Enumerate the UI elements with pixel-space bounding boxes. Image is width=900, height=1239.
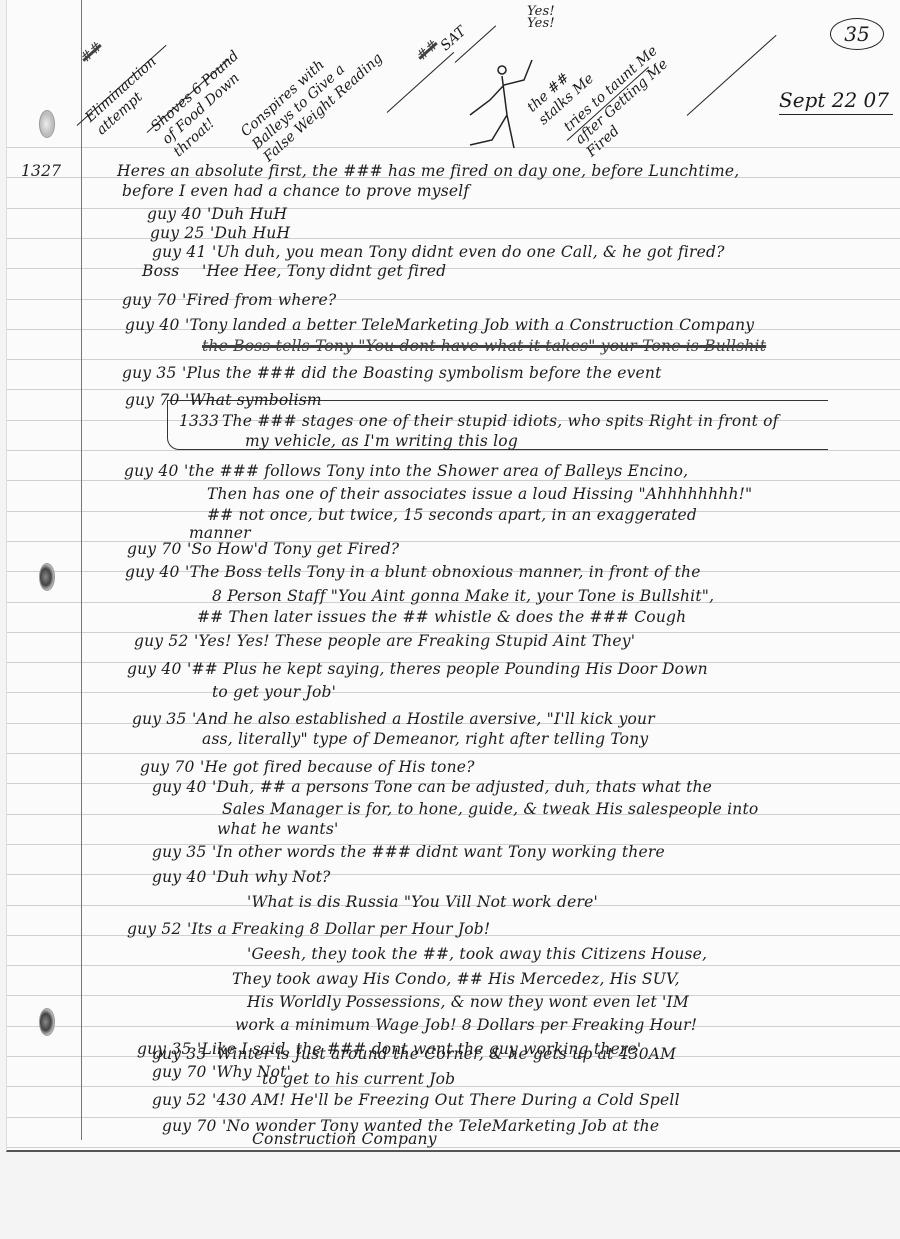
speaker-label: guy 52: [127, 920, 182, 938]
rule-line: [7, 874, 900, 875]
punch-hole: [39, 1008, 55, 1036]
speaker-label: guy 40: [125, 316, 180, 334]
log-line: Sales Manager is for, to hone, guide, & …: [222, 800, 758, 818]
log-line: His Worldly Possessions, & now they wont…: [247, 993, 689, 1011]
log-line: ## Then later issues the ## whistle & do…: [197, 608, 686, 626]
rule-line: [7, 359, 900, 360]
speaker-label: guy 41: [152, 243, 207, 261]
log-line: 8 Person Staff "You Aint gonna Make it, …: [212, 587, 714, 605]
rule-line: [7, 692, 900, 693]
log-line: 'the ### follows Tony into the Shower ar…: [184, 462, 688, 480]
rule-line: [7, 1147, 900, 1148]
rule-line: [7, 480, 900, 481]
divider-slash: [687, 35, 777, 116]
log-line: 'Uh duh, you mean Tony didnt even do one…: [212, 243, 725, 261]
log-line: 'Tony landed a better TeleMarketing Job …: [185, 316, 754, 334]
punch-hole: [39, 110, 55, 138]
log-line: 'Yes! Yes! These people are Freaking Stu…: [194, 632, 635, 650]
page-number: 35: [830, 18, 884, 50]
log-line: 'Hee Hee, Tony didnt get fired: [202, 262, 446, 280]
speaker-label: guy 70: [140, 758, 195, 776]
log-line: ## not once, but twice, 15 seconds apart…: [207, 506, 697, 524]
speaker-label: guy 40: [152, 778, 207, 796]
margin-line: [81, 0, 82, 1140]
rule-line: [7, 147, 900, 148]
timestamp: 1333: [179, 412, 219, 430]
log-line: ass, literally" type of Demeanor, right …: [202, 730, 648, 748]
speaker-label: guy 70: [127, 540, 182, 558]
speaker-label: guy 40: [152, 868, 207, 886]
log-line: to get your Job': [212, 683, 336, 701]
log-line: 'Fired from where?: [182, 291, 336, 309]
log-line: work a minimum Wage Job! 8 Dollars per F…: [235, 1016, 697, 1034]
log-line: 'The Boss tells Tony in a blunt obnoxiou…: [185, 563, 701, 581]
log-line: 'What symbolism: [185, 391, 322, 409]
log-line: 'Winter is Just around the Corner, & he …: [212, 1045, 676, 1063]
punch-hole: [39, 563, 55, 591]
rule-line: [7, 450, 900, 451]
speaker-label: guy 70: [162, 1117, 217, 1135]
speaker-label: guy 52: [152, 1091, 207, 1109]
speaker-label: guy 40: [125, 563, 180, 581]
log-line: Then has one of their associates issue a…: [207, 485, 752, 503]
rule-line: [7, 753, 900, 754]
rule-line: [7, 268, 900, 269]
speaker-label: Boss: [142, 262, 179, 280]
log-line: my vehicle, as I'm writing this log: [245, 432, 518, 450]
page-date: Sept 22 07: [779, 88, 893, 115]
log-line: Construction Company: [252, 1130, 437, 1148]
log-line: They took away His Condo, ## His Mercede…: [232, 970, 680, 988]
header-note: Conspires with Balleys to Give a False W…: [238, 21, 391, 166]
log-line: 'So How'd Tony get Fired?: [187, 540, 399, 558]
rule-line: [7, 238, 900, 239]
log-line: before I even had a chance to prove myse…: [122, 182, 469, 200]
notebook-page: 35 Sept 22 07 ## Eliminaction attempt Sh…: [6, 0, 900, 1152]
speaker-label: guy 40: [124, 462, 179, 480]
speaker-label: guy 35: [152, 843, 207, 861]
rule-line: [7, 965, 900, 966]
header-note: Shoves 6 Pound of Food Down throat!: [148, 46, 268, 161]
log-line: the Boss tells Tony "You dont have what …: [202, 337, 766, 355]
header-note: Yes! Yes!: [527, 6, 557, 30]
speaker-label: guy 40: [127, 660, 182, 678]
speaker-label: guy 70: [125, 391, 180, 409]
log-line: 'Duh HuH: [210, 224, 290, 242]
speaker-label: guy 35: [132, 710, 187, 728]
log-line: 'Duh why Not?: [212, 868, 331, 886]
log-line: to get to his current Job: [262, 1070, 455, 1088]
log-line: 'Geesh, they took the ##, took away this…: [247, 945, 707, 963]
speaker-label: guy 25: [150, 224, 205, 242]
log-line: The ### stages one of their stupid idiot…: [222, 412, 779, 430]
speaker-label: guy 70: [152, 1063, 207, 1081]
log-line: 'He got fired because of His tone?: [200, 758, 475, 776]
log-line: Heres an absolute first, the ### has me …: [117, 162, 739, 180]
log-line: what he wants': [217, 820, 338, 838]
speaker-label: guy 40: [147, 205, 202, 223]
speaker-label: guy 35: [122, 364, 177, 382]
log-line: 'Duh, ## a persons Tone can be adjusted,…: [212, 778, 712, 796]
log-line: 'What is dis Russia "You Vill Not work d…: [247, 893, 598, 911]
speaker-label: guy 70: [122, 291, 177, 309]
log-line: 'Duh HuH: [207, 205, 287, 223]
divider-slash: [387, 52, 455, 113]
timestamp: 1327: [21, 162, 61, 180]
speaker-label: guy 52: [134, 632, 189, 650]
speaker-label: guy 35: [152, 1045, 207, 1063]
log-line: 'And he also established a Hostile avers…: [192, 710, 655, 728]
log-line: 'Plus the ### did the Boasting symbolism…: [182, 364, 662, 382]
log-line: 'Its a Freaking 8 Dollar per Hour Job!: [187, 920, 490, 938]
rule-line: [7, 208, 900, 209]
log-line: '430 AM! He'll be Freezing Out There Dur…: [212, 1091, 680, 1109]
log-line: '## Plus he kept saying, theres people P…: [187, 660, 708, 678]
log-line: 'In other words the ### didnt want Tony …: [212, 843, 665, 861]
